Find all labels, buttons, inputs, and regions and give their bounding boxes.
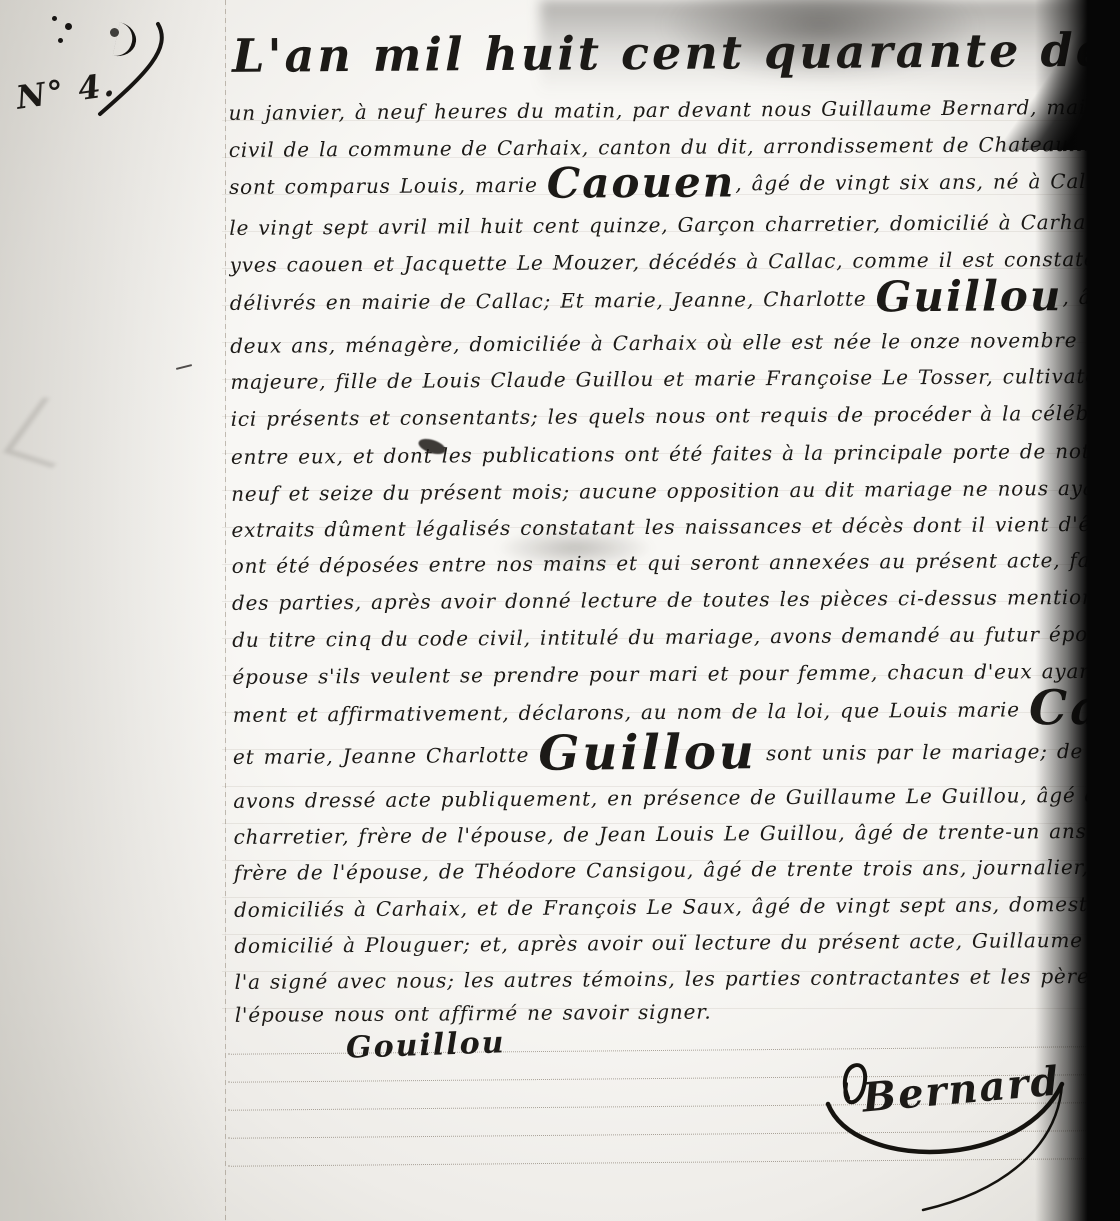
text-line: ont été déposées entre nos mains et qui …: [232, 546, 1120, 578]
text-line: sont comparus Louis, marie Caouen, âgé d…: [229, 168, 1120, 199]
bride-name: Guillou: [538, 724, 757, 782]
act-text-block: L'an mil huit cent quarante deux, le un …: [0, 0, 1120, 1221]
text-line: majeure, fille de Louis Claude Guillou e…: [230, 363, 1120, 394]
text-line: un janvier, à neuf heures du matin, par …: [228, 93, 1120, 124]
act-heading: L'an mil huit cent quarante deux, le: [232, 22, 1120, 83]
text-line: des parties, après avoir donné lecture d…: [232, 583, 1120, 614]
text-line: deux ans, ménagère, domiciliée à Carhaix…: [230, 326, 1120, 357]
text-line: extraits dûment légalisés constatant les…: [231, 511, 1120, 542]
book-gutter-shadow: [1035, 0, 1120, 1221]
scanned-document-page: N° 4. L'an mil huit cent quarante deux, …: [0, 0, 1120, 1221]
text-line: charretier, frère de l'épouse, de Jean L…: [233, 818, 1120, 849]
text-line: l'a signé avec nous; les autres témoins,…: [234, 963, 1120, 993]
text-line: ment et affirmativement, déclarons, au n…: [233, 696, 1120, 727]
text-line: du titre cinq du code civil, intitulé du…: [232, 621, 1120, 652]
text-line: avons dressé acte publiquement, en prése…: [233, 782, 1120, 813]
text-line: domiciliés à Carhaix, et de François Le …: [234, 892, 1120, 922]
text-line: délivrés en mairie de Callac; Et marie, …: [230, 284, 1120, 315]
text-line: l'épouse nous ont affirmé ne savoir sign…: [235, 1000, 712, 1027]
text-line: ici présents et consentants; les quels n…: [231, 399, 1120, 431]
text-line: frère de l'épouse, de Théodore Cansigou,…: [234, 854, 1120, 885]
text-line: épouse s'ils veulent se prendre pour mar…: [232, 658, 1120, 689]
groom-name: Caouen: [547, 157, 736, 207]
text-line: entre eux, et dont les publications ont …: [231, 437, 1120, 468]
text-line: domicilié à Plouguer; et, après avoir ou…: [234, 927, 1120, 958]
signature-guillou: Gouillou: [345, 1025, 506, 1066]
text-line: et marie, Jeanne Charlotte Guillou sont …: [233, 739, 1120, 769]
text-line: le vingt sept avril mil huit cent quinze…: [229, 208, 1120, 239]
text-line: neuf et seize du présent mois; aucune op…: [231, 474, 1120, 506]
